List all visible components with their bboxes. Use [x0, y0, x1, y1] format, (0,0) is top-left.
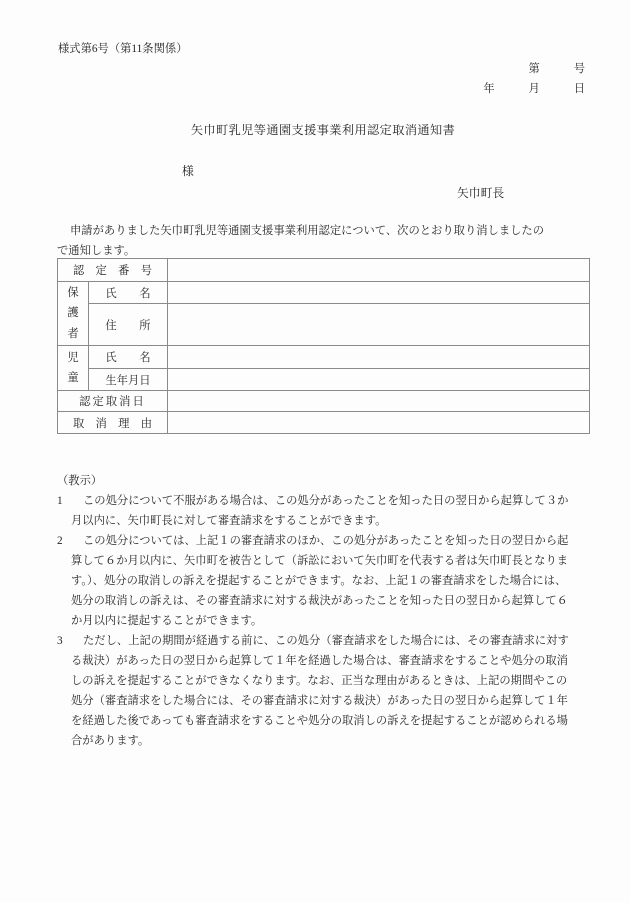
cell-certification-number-value	[168, 259, 590, 282]
notice-line: 合があります。	[57, 731, 617, 751]
reference-block: 第 号 年 月 日	[57, 59, 585, 99]
notice-line-text: この処分について不服がある場合は、この処分があったことを知った日の翌日から起算し…	[83, 495, 568, 507]
notice-line: か月以内に提起することができます。	[57, 611, 617, 631]
notice-heading: （教示）	[57, 471, 617, 491]
notice-line: 処分（審査請求をした場合には、その審査請求に対する裁決）があった日の翌日から起算…	[57, 691, 617, 711]
cell-guardian-address-value	[168, 304, 590, 346]
document-number-line: 第 号	[57, 59, 585, 79]
cell-cancellation-reason-label: 取 消 理 由	[58, 412, 168, 434]
form-number: 様式第6号（第11条関係）	[58, 40, 188, 56]
notice-line: 1この処分について不服がある場合は、この処分があったことを知った日の翌日から起算…	[57, 491, 617, 511]
cell-guardian-group-label: 保護者	[58, 282, 89, 346]
guardian-group-vertical-label: 保護者	[67, 283, 80, 345]
cell-child-group-label: 児童	[58, 346, 89, 391]
cell-cancellation-date-label: 認定取消日	[58, 391, 168, 412]
cell-child-birthdate-label: 生年月日	[89, 369, 168, 391]
notice-item-number: 1	[57, 491, 83, 511]
cell-cancellation-reason-value	[168, 412, 590, 434]
table-row: 児童 氏 名	[58, 346, 590, 369]
notice-section: （教示） 1この処分について不服がある場合は、この処分があったことを知った日の翌…	[57, 471, 617, 751]
certification-cancellation-table: 認 定 番 号 保護者 氏 名 住 所 児童 氏 名	[57, 258, 590, 434]
table-row: 認定取消日	[58, 391, 590, 412]
notice-item-number: 2	[57, 531, 83, 551]
notice-item: 3ただし、上記の期間が経過する前に、この処分（審査請求をした場合には、その審査請…	[57, 631, 617, 751]
document-title: 矢巾町乳児等通園支援事業利用認定取消通知書	[57, 121, 589, 138]
document-page: 様式第6号（第11条関係） 第 号 年 月 日 矢巾町乳児等通園支援事業利用認定…	[0, 0, 630, 903]
cell-child-birthdate-value	[168, 369, 590, 391]
cell-guardian-address-label: 住 所	[89, 304, 168, 346]
body-line: 申請がありました矢巾町乳児等通園支援事業利用認定について、次のとおり取り消しまし…	[57, 221, 597, 241]
table-row: 保護者 氏 名	[58, 282, 590, 304]
notice-line: を経過した後であっても審査請求をすることや処分の取消しの訴えを提起することが認め…	[57, 711, 617, 731]
notice-line: る裁決）があった日の翌日から起算して１年を経過した場合は、審査請求をすることや処…	[57, 651, 617, 671]
table-row: 住 所	[58, 304, 590, 346]
cell-child-name-value	[168, 346, 590, 369]
notice-line-text: この処分については、上記１の審査請求のほか、この処分があったことを知った日の翌日…	[83, 535, 568, 547]
notice-item-number: 3	[57, 631, 83, 651]
notice-line: 月以内に、矢巾町長に対して審査請求をすることができます。	[57, 511, 617, 531]
notice-line: しの訴えを提起することができなくなります。なお、正当な理由があるときは、上記の期…	[57, 671, 617, 691]
cell-guardian-name-value	[168, 282, 590, 304]
notice-line-text: ただし、上記の期間が経過する前に、この処分（審査請求をした場合には、その審査請求…	[83, 635, 569, 647]
notice-item: 2この処分については、上記１の審査請求のほか、この処分があったことを知った日の翌…	[57, 531, 617, 631]
notice-line: す。）、処分の取消しの訴えを提起することができます。なお、上記１の審査請求をした…	[57, 571, 617, 591]
table-row: 生年月日	[58, 369, 590, 391]
notice-item: 1この処分について不服がある場合は、この処分があったことを知った日の翌日から起算…	[57, 491, 617, 531]
cell-certification-number-label: 認 定 番 号	[58, 259, 168, 282]
table-row: 取 消 理 由	[58, 412, 590, 434]
cell-cancellation-date-value	[168, 391, 590, 412]
notice-line: 算して６か月以内に、矢巾町を被告として（訴訟において矢巾町を代表する者は矢巾町長…	[57, 551, 617, 571]
child-group-vertical-label: 児童	[67, 348, 80, 389]
date-line: 年 月 日	[57, 79, 585, 99]
cell-child-name-label: 氏 名	[89, 346, 168, 369]
notice-line: 処分の取消しの訴えは、その審査請求に対する裁決があったことを知った日の翌日から起…	[57, 591, 617, 611]
body-paragraph: 申請がありました矢巾町乳児等通園支援事業利用認定について、次のとおり取り消しまし…	[57, 221, 597, 261]
notice-line: 2この処分については、上記１の審査請求のほか、この処分があったことを知った日の翌…	[57, 531, 617, 551]
sender-title: 矢巾町長	[457, 184, 504, 201]
notice-line: 3ただし、上記の期間が経過する前に、この処分（審査請求をした場合には、その審査請…	[57, 631, 617, 651]
addressee-honorific: 様	[182, 162, 194, 179]
table-row: 認 定 番 号	[58, 259, 590, 282]
cell-guardian-name-label: 氏 名	[89, 282, 168, 304]
